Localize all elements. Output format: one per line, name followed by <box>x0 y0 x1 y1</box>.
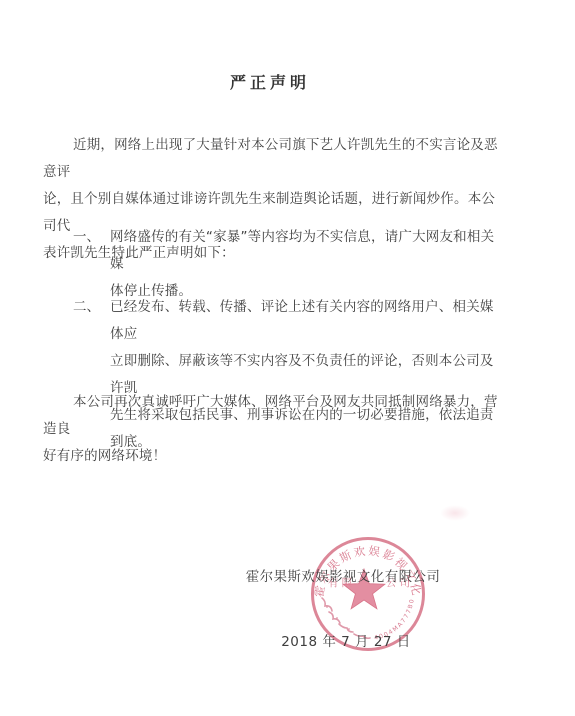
statement-document: 严正声明 近期，网络上出现了大量针对本公司旗下艺人许凯先生的不实言论及恶意评 论… <box>0 0 575 716</box>
list-item-1-text: 网络盛传的有关“家暴”等内容均为不实信息，请广大网友和相关媒 体停止传播。 <box>110 224 505 305</box>
list-item-2-marker: 二、 <box>73 294 107 321</box>
list-item-1-marker: 一、 <box>73 224 107 251</box>
signature-date: 2018 年 7 月 27 日 <box>281 630 411 650</box>
signature-company-name: 霍尔果斯欢娱影视文化有限公司 <box>246 565 441 585</box>
company-seal-stamp: 霍尔果斯欢娱影视文化 有 限 公 司 4004MA777B0 <box>278 502 458 682</box>
closing-paragraph: 本公司再次真诚呼吁广大媒体、网络平台及网友共同抵制网络暴力，营造良 好有序的网络… <box>43 389 503 470</box>
page-title: 严正声明 <box>43 70 497 93</box>
